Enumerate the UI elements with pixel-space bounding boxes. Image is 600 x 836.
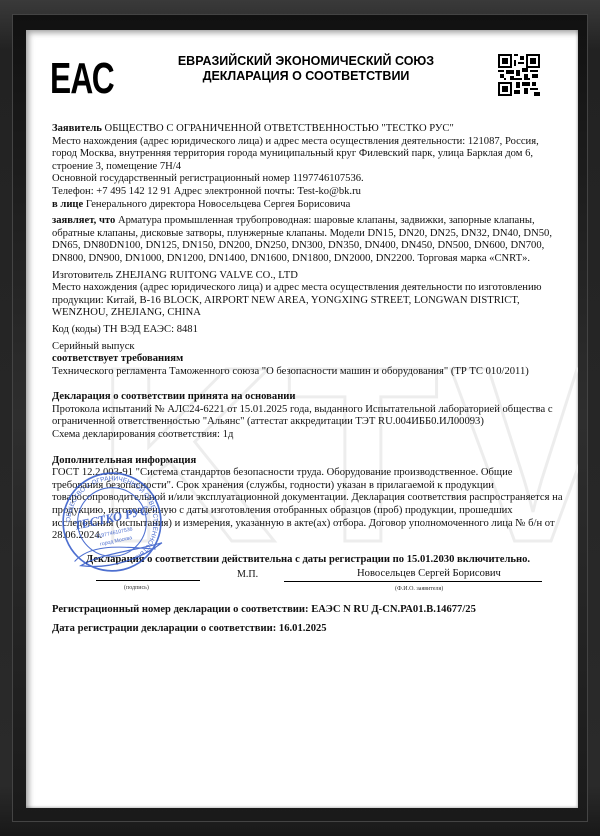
additional-info-label: Дополнительная информация xyxy=(52,455,564,468)
additional-info-text: ГОСТ 12.2.003-91 "Система стандартов без… xyxy=(52,467,564,543)
registration-number: Регистрационный номер декларации о соотв… xyxy=(52,604,564,617)
signer-name-line xyxy=(284,581,542,582)
document-header: ЕВРАЗИЙСКИЙ ЭКОНОМИЧЕСКИЙ СОЮЗ ДЕКЛАРАЦИ… xyxy=(126,54,486,84)
applicant-name: ОБЩЕСТВО С ОГРАНИЧЕННОЙ ОТВЕТСТВЕННОСТЬЮ… xyxy=(102,123,454,134)
declares-label: заявляет, что xyxy=(52,215,115,226)
picture-frame: KTV ЕАС ЕВРАЗИЙСКИЙ ЭКОНОМИЧЕСКИЙ СОЮЗ Д… xyxy=(0,0,600,836)
signature-block: (подпись) М.П. Новосельцев Сергей Борисо… xyxy=(52,568,564,598)
product-description: Арматура промышленная трубопроводная: ша… xyxy=(52,215,552,264)
applicant-contacts: Телефон: +7 495 142 12 91 Адрес электрон… xyxy=(52,186,564,199)
manufacturer-address: Место нахождения (адрес юридического лиц… xyxy=(52,282,564,320)
signature-caption: (подпись) xyxy=(124,582,149,595)
release-type: Серийный выпуск xyxy=(52,341,564,354)
seal-place-label: М.П. xyxy=(237,569,258,582)
signature-line xyxy=(96,580,200,581)
applicant-label: Заявитель xyxy=(52,123,102,134)
validity-statement: Декларация о соответствии действительна … xyxy=(52,554,564,567)
declaration-section: заявляет, что Арматура промышленная труб… xyxy=(52,215,564,265)
document-body: Заявитель ОБЩЕСТВО С ОГРАНИЧЕННОЙ ОТВЕТС… xyxy=(52,123,564,636)
basis-label: Декларация о соответствии принята на осн… xyxy=(52,391,564,404)
applicant-representative: в лице Генерального директора Новосельце… xyxy=(52,199,564,212)
conformity-label-text: соответствует требованиям xyxy=(52,353,183,364)
represented-by: Генерального директора Новосельцева Серг… xyxy=(83,199,350,210)
tn-ved-code: Код (коды) ТН ВЭД ЕАЭС: 8481 xyxy=(52,324,564,337)
test-protocol: Протокола испытаний № АЛС24-6221 от 15.0… xyxy=(52,404,564,429)
declaration-scheme: Схема декларирования соответствия: 1д xyxy=(52,429,564,442)
manufacturer-line: Изготовитель ZHEJIANG RUITONG VALVE CO.,… xyxy=(52,270,564,283)
document-title: ДЕКЛАРАЦИЯ О СООТВЕТСТВИИ xyxy=(126,69,486,84)
applicant-address: Место нахождения (адрес юридического лиц… xyxy=(52,136,564,174)
registration-date: Дата регистрации декларации о соответств… xyxy=(52,623,564,636)
eac-logo: ЕАС xyxy=(50,57,114,101)
represented-label: в лице xyxy=(52,199,83,210)
technical-regulation: Технического регламента Таможенного союз… xyxy=(52,366,564,379)
additional-info-label-text: Дополнительная информация xyxy=(52,455,196,466)
applicant-section: Заявитель ОБЩЕСТВО С ОГРАНИЧЕННОЙ ОТВЕТС… xyxy=(52,123,564,136)
declaration-document: KTV ЕАС ЕВРАЗИЙСКИЙ ЭКОНОМИЧЕСКИЙ СОЮЗ Д… xyxy=(26,30,578,808)
signer-name: Новосельцев Сергей Борисович xyxy=(357,568,501,581)
conformity-label: соответствует требованиям xyxy=(52,353,564,366)
applicant-ogrn: Основной государственный регистрационный… xyxy=(52,173,564,186)
basis-label-text: Декларация о соответствии принята на осн… xyxy=(52,391,296,402)
union-title: ЕВРАЗИЙСКИЙ ЭКОНОМИЧЕСКИЙ СОЮЗ xyxy=(126,54,486,69)
signer-caption: (Ф.И.О. заявителя) xyxy=(395,583,443,596)
qr-code-icon xyxy=(498,54,540,96)
